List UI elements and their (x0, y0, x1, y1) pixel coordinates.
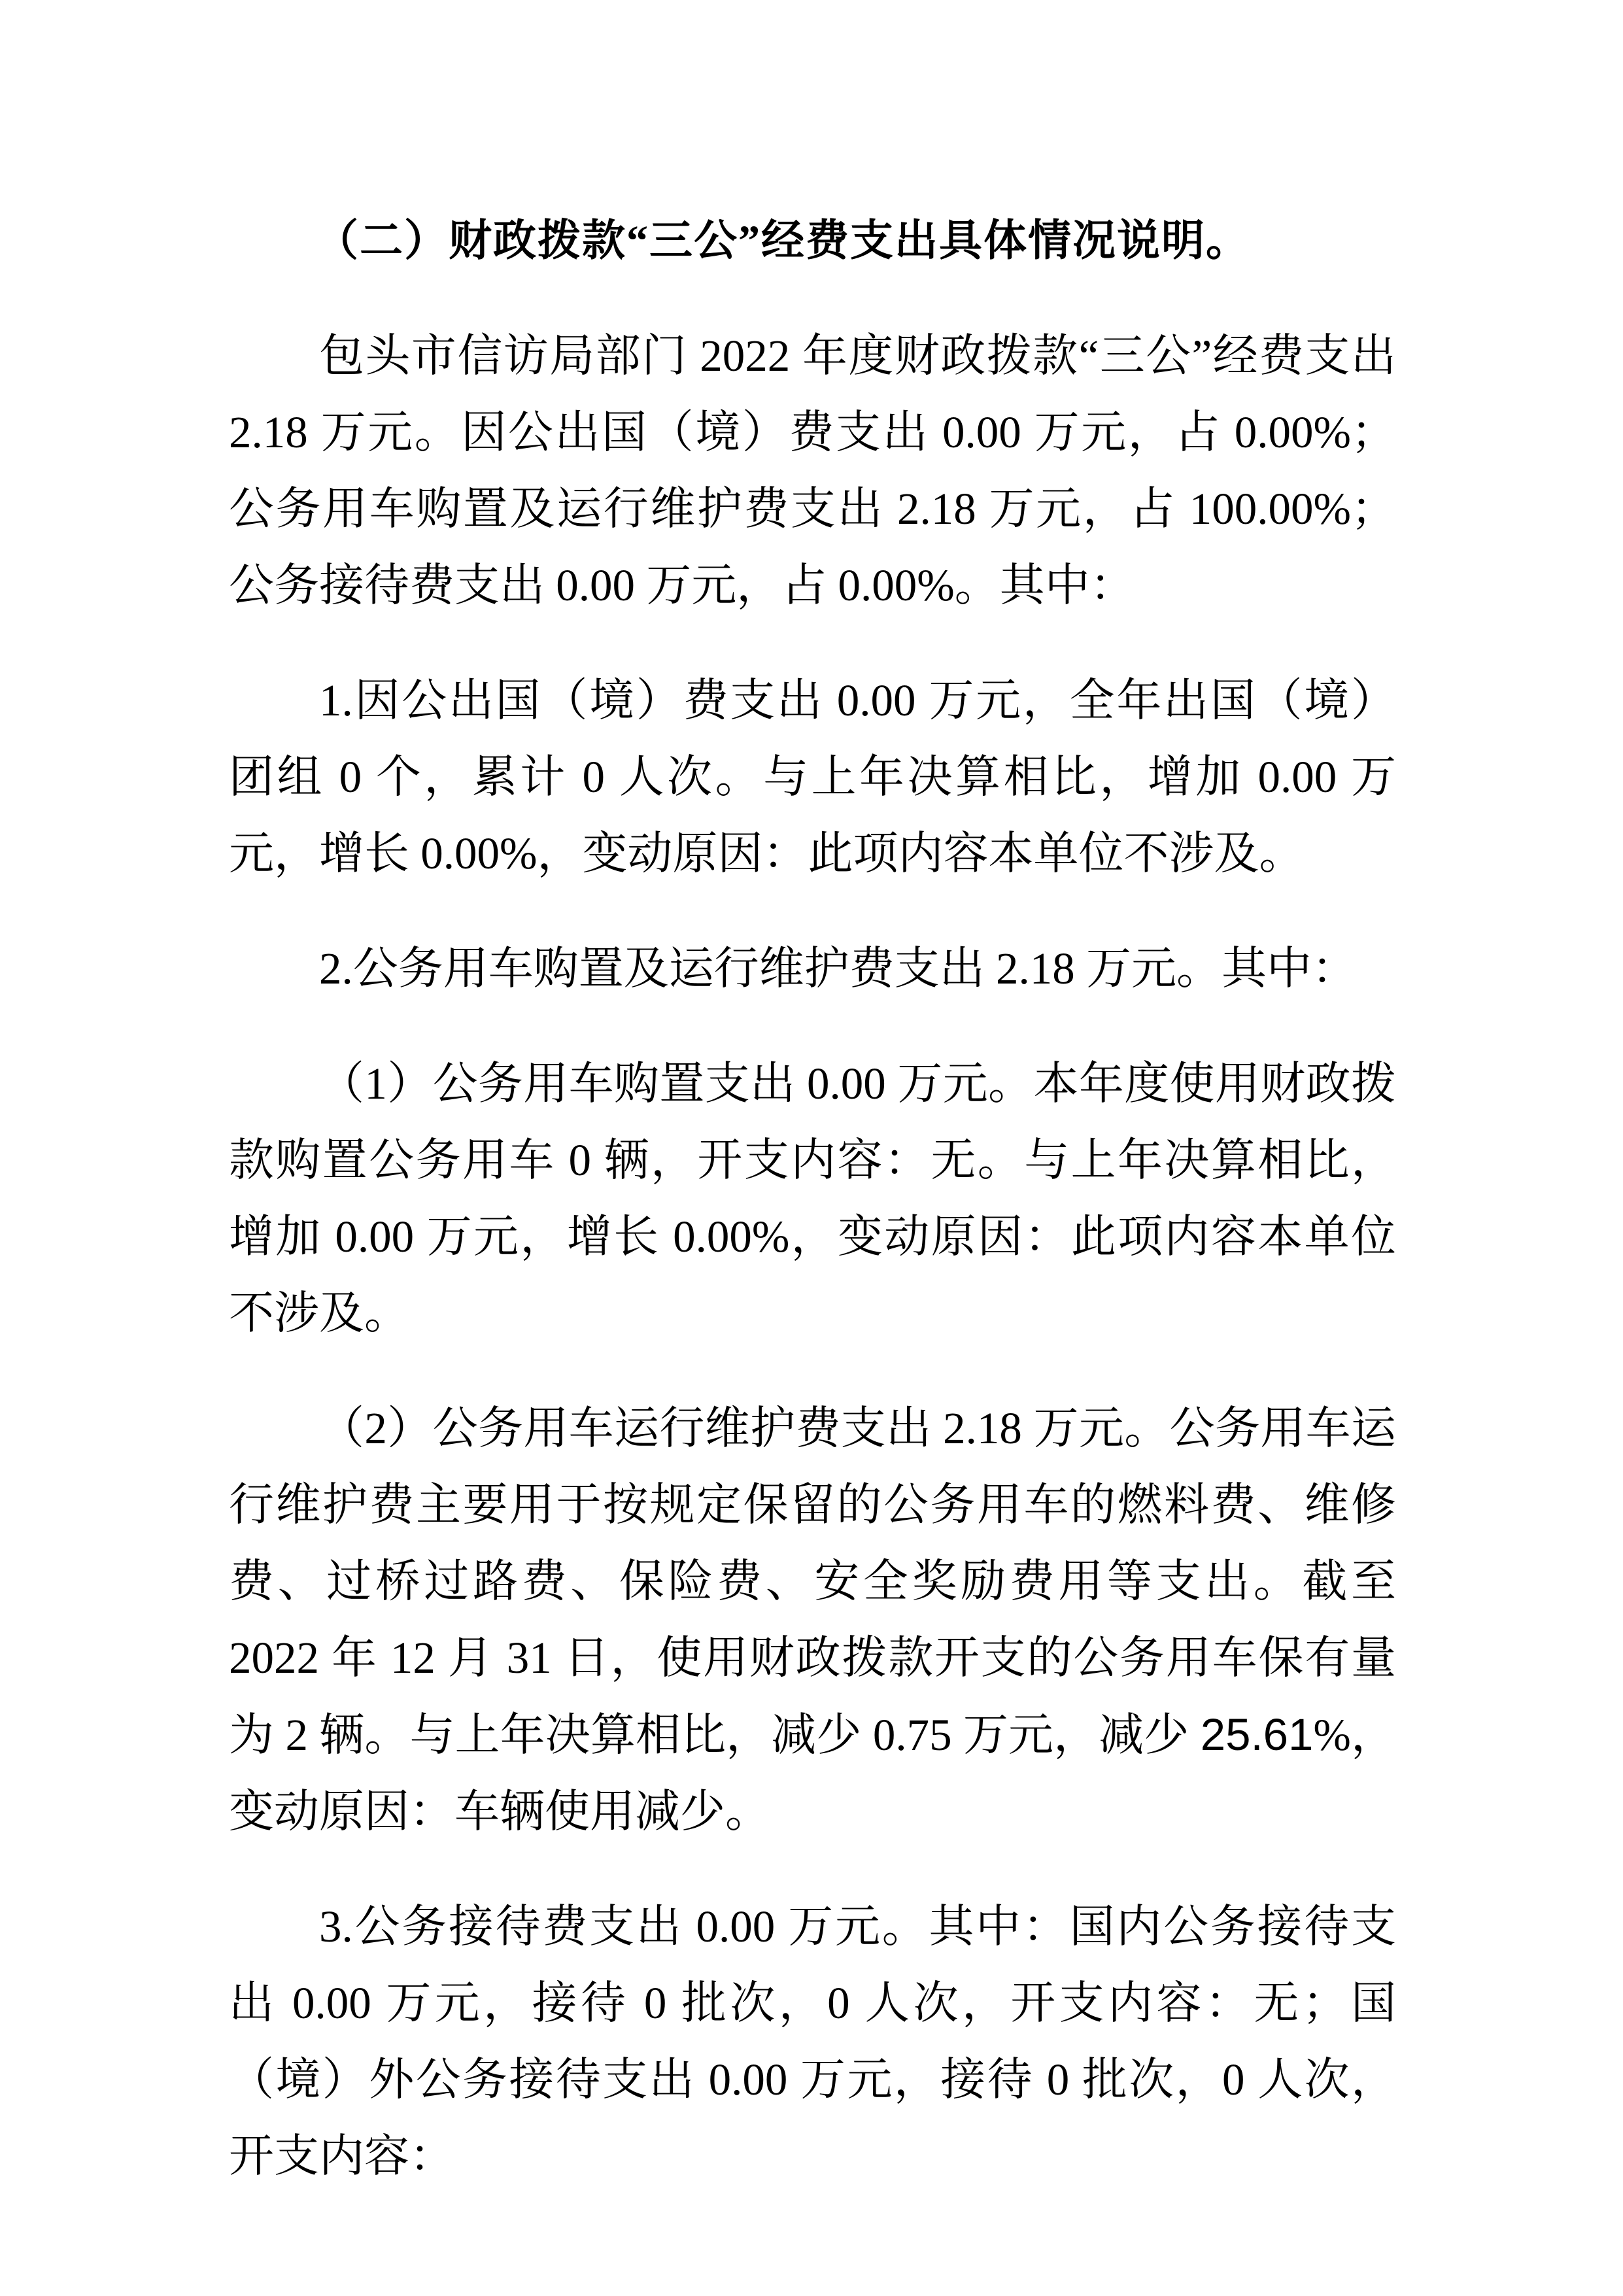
paragraph-text: 3.公务接待费支出 0.00 万元。其中：国内公务接待支出 0.00 万元，接待… (229, 1902, 1396, 2181)
paragraph-vehicle-purchase: （1）公务用车购置支出 0.00 万元。本年度使用财政拨款购置公务用车 0 辆，… (229, 1046, 1396, 1352)
paragraph-abroad-expense: 1.因公出国（境）费支出 0.00 万元，全年出国（境）团组 0 个，累计 0 … (229, 662, 1396, 892)
section-heading: （二）财政拨款“三公”经费支出具体情况说明。 (229, 203, 1396, 279)
paragraph-text: 1.因公出国（境）费支出 0.00 万元，全年出国（境）团组 0 个，累计 0 … (229, 676, 1396, 878)
paragraph-text: （2）公务用车运行维护费支出 2.18 万元。公务用车运行维护费主要用于按规定保… (229, 1403, 1396, 1760)
paragraph-text: 2.公务用车购置及运行维护费支出 2.18 万元。其中： (319, 944, 1357, 993)
paragraph-text: （1）公务用车购置支出 0.00 万元。本年度使用财政拨款购置公务用车 0 辆，… (229, 1059, 1396, 1338)
paragraph-vehicle-operation: （2）公务用车运行维护费支出 2.18 万元。公务用车运行维护费主要用于按规定保… (229, 1390, 1396, 1850)
paragraph-text: 包头市信访局部门 2022 年度财政拨款“三公”经费支出 2.18 万元。因公出… (229, 331, 1396, 610)
paragraph-three-public-summary: 包头市信访局部门 2022 年度财政拨款“三公”经费支出 2.18 万元。因公出… (229, 318, 1396, 624)
document-body: { "document": { "heading": "（二）财政拨款“三公”经… (0, 0, 1623, 2296)
emphasized-percent-number: 25.61 (1201, 1709, 1314, 1760)
paragraph-reception-expense: 3.公务接待费支出 0.00 万元。其中：国内公务接待支出 0.00 万元，接待… (229, 1889, 1396, 2195)
document-page: （二）财政拨款“三公”经费支出具体情况说明。 包头市信访局部门 2022 年度财… (0, 0, 1623, 2296)
paragraph-vehicle-total: 2.公务用车购置及运行维护费支出 2.18 万元。其中： (229, 931, 1396, 1007)
